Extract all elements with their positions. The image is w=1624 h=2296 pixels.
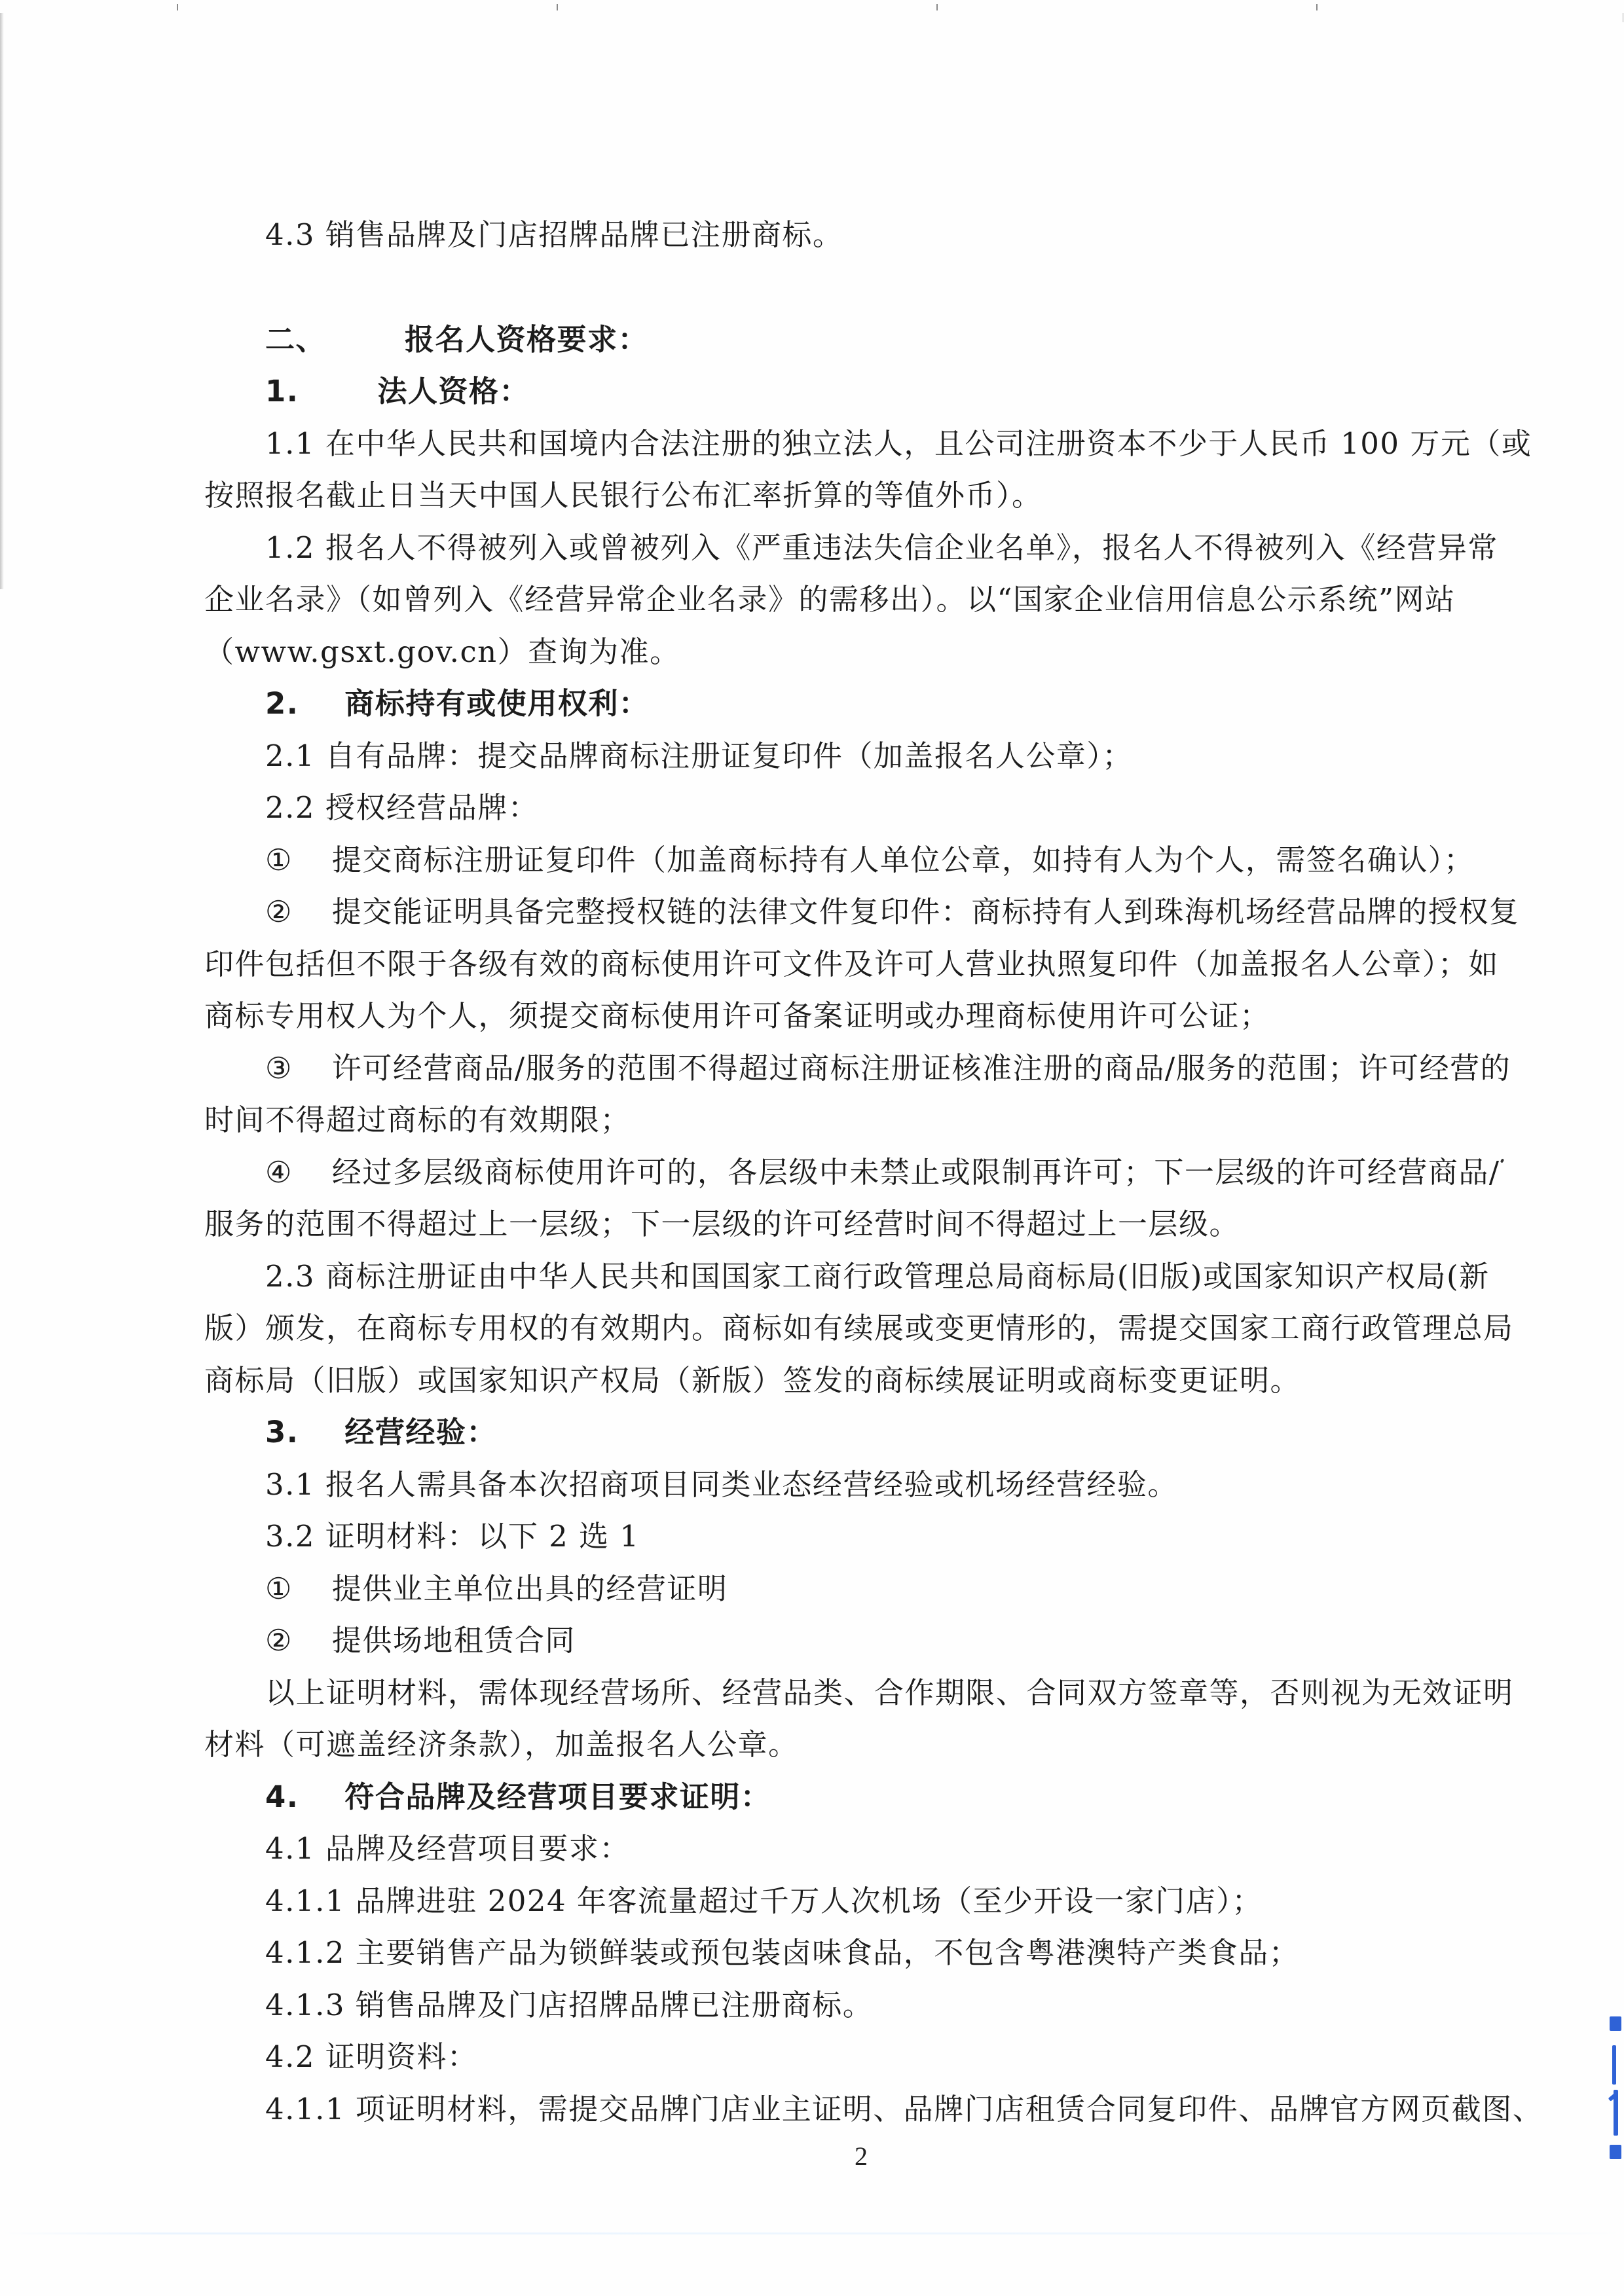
body-text-line: ④经过多层级商标使用许可的，各层级中未禁止或限制再许可；下一层级的许可经营商品/ bbox=[265, 1146, 1442, 1198]
line-text: 报名人资格要求： bbox=[405, 322, 648, 357]
body-text-line: 以上证明材料，需体现经营场所、经营品类、合作期限、合同双方签章等，否则视为无效证… bbox=[265, 1667, 1442, 1719]
body-text-line: 3.2 证明材料：以下 2 选 1 bbox=[265, 1510, 1442, 1562]
body-text-line: ③许可经营商品/服务的范围不得超过商标注册证核准注册的商品/服务的范围；许可经营… bbox=[265, 1042, 1442, 1094]
line-text: 1.1 在中华人民共和国境内合法注册的独立法人，且公司注册资本不少于人民币 10… bbox=[265, 426, 1532, 461]
line-text: 4.1.1 品牌进驻 2024 年客流量超过千万人次机场（至少开设一家门店）； bbox=[265, 1884, 1263, 1918]
line-text: 2.3 商标注册证由中华人民共和国国家工商行政管理总局商标局(旧版)或国家知识产… bbox=[265, 1259, 1490, 1294]
body-text-line: 1.1 在中华人民共和国境内合法注册的独立法人，且公司注册资本不少于人民币 10… bbox=[265, 418, 1442, 469]
body-text-line: 2.1 自有品牌：提交品牌商标注册证复印件（加盖报名人公章）； bbox=[265, 730, 1442, 782]
circled-number-marker: ② bbox=[265, 1614, 293, 1666]
section-heading: 1.法人资格： bbox=[265, 365, 1442, 417]
scan-artifact-band bbox=[0, 2232, 1624, 2234]
section-heading: 4.符合品牌及经营项目要求证明： bbox=[265, 1771, 1442, 1823]
line-text: 时间不得超过商标的有效期限； bbox=[204, 1102, 631, 1137]
line-text: 3.2 证明材料：以下 2 选 1 bbox=[265, 1519, 640, 1554]
body-text-line: （www.gsxt.gov.cn）查询为准。 bbox=[204, 626, 1442, 678]
line-text: 提交商标注册证复印件（加盖商标持有人单位公章，如持有人为个人，需签名确认）； bbox=[332, 843, 1475, 877]
line-text: 材料（可遮盖经济条款），加盖报名人公章。 bbox=[204, 1727, 799, 1762]
list-number-label: 3. bbox=[265, 1406, 299, 1458]
scan-left-edge-shadow bbox=[0, 13, 4, 589]
line-text: 提供业主单位出具的经营证明 bbox=[332, 1571, 728, 1606]
line-text: 提交能证明具备完整授权链的法律文件复印件：商标持有人到珠海机场经营品牌的授权复 bbox=[332, 894, 1520, 929]
line-text: 提供场地租赁合同 bbox=[332, 1623, 576, 1658]
line-text: 4.1.1 项证明材料，需提交品牌门店业主证明、品牌门店租赁合同复印件、品牌官方… bbox=[265, 2092, 1543, 2126]
circled-number-marker: ③ bbox=[265, 1042, 293, 1094]
scan-registration-tick bbox=[936, 4, 938, 10]
line-text: 企业名录》（如曾列入《经营异常企业名录》的需移出）。以“国家企业信用信息公示系统… bbox=[204, 582, 1456, 617]
line-text: 2.2 授权经营品牌： bbox=[265, 790, 538, 825]
circled-number-marker: ① bbox=[265, 1563, 293, 1614]
list-number-label: 2. bbox=[265, 678, 299, 729]
section-heading: 3.经营经验： bbox=[265, 1406, 1442, 1458]
body-text-line: 4.1.1 项证明材料，需提交品牌门店业主证明、品牌门店租赁合同复印件、品牌官方… bbox=[265, 2083, 1442, 2135]
scan-registration-tick bbox=[177, 4, 178, 10]
body-text-line: 3.1 报名人需具备本次招商项目同类业态经营经验或机场经营经验。 bbox=[265, 1459, 1442, 1510]
line-text: 4.2 证明资料： bbox=[265, 2039, 477, 2074]
line-text: 4.1.2 主要销售产品为锁鲜装或预包装卤味食品，不包含粤港澳特产类食品； bbox=[265, 1935, 1299, 1970]
line-text: 3.1 报名人需具备本次招商项目同类业态经营经验或机场经营经验。 bbox=[265, 1467, 1178, 1502]
line-text: 4.1.3 销售品牌及门店招牌品牌已注册商标。 bbox=[265, 1988, 873, 2022]
line-text: 1.2 报名人不得被列入或曾被列入《严重违法失信企业名单》，报名人不得被列入《经… bbox=[265, 530, 1498, 565]
seal-stamp-fragment bbox=[1606, 2016, 1623, 2160]
scan-speck bbox=[1500, 1158, 1504, 1163]
line-text: 商标局（旧版）或国家知识产权局（新版）签发的商标续展证明或商标变更证明。 bbox=[204, 1363, 1301, 1398]
line-text: 商标专用权人为个人，须提交商标使用许可备案证明或办理商标使用许可公证； bbox=[204, 998, 1270, 1033]
body-text-line: 服务的范围不得超过上一层级；下一层级的许可经营时间不得超过上一层级。 bbox=[204, 1198, 1442, 1250]
document-page: 4.3 销售品牌及门店招牌品牌已注册商标。二、报名人资格要求：1.法人资格：1.… bbox=[0, 0, 1624, 2296]
section-heading: 二、报名人资格要求： bbox=[265, 314, 1442, 365]
body-text-line: 企业名录》（如曾列入《经营异常企业名录》的需移出）。以“国家企业信用信息公示系统… bbox=[204, 574, 1442, 625]
body-text-line: 材料（可遮盖经济条款），加盖报名人公章。 bbox=[204, 1719, 1442, 1770]
body-text-line: 版）颁发，在商标专用权的有效期内。商标如有续展或变更情形的，需提交国家工商行政管… bbox=[204, 1302, 1442, 1354]
circled-number-marker: ④ bbox=[265, 1146, 293, 1198]
page-number: 2 bbox=[848, 2141, 874, 2172]
body-text-line: 1.2 报名人不得被列入或曾被列入《严重违法失信企业名单》，报名人不得被列入《经… bbox=[265, 522, 1442, 574]
body-text-line: ②提交能证明具备完整授权链的法律文件复印件：商标持有人到珠海机场经营品牌的授权复 bbox=[265, 886, 1442, 938]
line-text: 以上证明材料，需体现经营场所、经营品类、合作期限、合同双方签章等，否则视为无效证… bbox=[265, 1675, 1514, 1710]
line-text: 经营经验： bbox=[344, 1415, 497, 1449]
scan-edge-mark bbox=[1623, 13, 1623, 22]
line-text: 经过多层级商标使用许可的，各层级中未禁止或限制再许可；下一层级的许可经营商品/ bbox=[332, 1155, 1500, 1190]
body-text-line: 商标局（旧版）或国家知识产权局（新版）签发的商标续展证明或商标变更证明。 bbox=[204, 1355, 1442, 1406]
line-text: 4.1 品牌及经营项目要求： bbox=[265, 1831, 630, 1866]
line-text: 许可经营商品/服务的范围不得超过商标注册证核准注册的商品/服务的范围；许可经营的 bbox=[332, 1051, 1511, 1085]
body-text-line: 时间不得超过商标的有效期限； bbox=[204, 1094, 1442, 1146]
body-text-line: 商标专用权人为个人，须提交商标使用许可备案证明或办理商标使用许可公证； bbox=[204, 990, 1442, 1042]
line-text: 符合品牌及经营项目要求证明： bbox=[344, 1779, 771, 1814]
line-text: 印件包括但不限于各级有效的商标使用许可文件及许可人营业执照复印件（加盖报名人公章… bbox=[204, 947, 1499, 981]
section-heading: 2.商标持有或使用权利： bbox=[265, 678, 1442, 729]
line-text: （www.gsxt.gov.cn）查询为准。 bbox=[204, 634, 680, 669]
body-text-line: 2.2 授权经营品牌： bbox=[265, 782, 1442, 833]
body-text-line: 按照报名截止日当天中国人民银行公布汇率折算的等值外币）。 bbox=[204, 469, 1442, 521]
body-text-line: 4.1.2 主要销售产品为锁鲜装或预包装卤味食品，不包含粤港澳特产类食品； bbox=[265, 1927, 1442, 1978]
body-text-line: 印件包括但不限于各级有效的商标使用许可文件及许可人营业执照复印件（加盖报名人公章… bbox=[204, 938, 1442, 990]
line-text: 4.3 销售品牌及门店招牌品牌已注册商标。 bbox=[265, 217, 843, 252]
list-number-label: 1. bbox=[265, 365, 299, 417]
line-text: 按照报名截止日当天中国人民银行公布汇率折算的等值外币）。 bbox=[204, 478, 1043, 513]
body-text-line: ①提供业主单位出具的经营证明 bbox=[265, 1563, 1442, 1614]
line-text: 版）颁发，在商标专用权的有效期内。商标如有续展或变更情形的，需提交国家工商行政管… bbox=[204, 1311, 1514, 1345]
body-text-line: 4.3 销售品牌及门店招牌品牌已注册商标。 bbox=[265, 209, 1442, 261]
body-text-line: 4.1.3 销售品牌及门店招牌品牌已注册商标。 bbox=[265, 1979, 1442, 2031]
body-text-line: 2.3 商标注册证由中华人民共和国国家工商行政管理总局商标局(旧版)或国家知识产… bbox=[265, 1250, 1442, 1302]
line-text: 商标持有或使用权利： bbox=[344, 686, 649, 721]
list-number-label: 4. bbox=[265, 1771, 299, 1823]
body-text-line: ②提供场地租赁合同 bbox=[265, 1614, 1442, 1666]
list-number-label: 二、 bbox=[265, 314, 326, 365]
circled-number-marker: ② bbox=[265, 886, 293, 938]
body-text-line: 4.2 证明资料： bbox=[265, 2031, 1442, 2083]
line-text: 服务的范围不得超过上一层级；下一层级的许可经营时间不得超过上一层级。 bbox=[204, 1207, 1240, 1241]
scan-registration-tick bbox=[1316, 4, 1318, 10]
body-text-line: 4.1 品牌及经营项目要求： bbox=[265, 1823, 1442, 1874]
body-text-line: 4.1.1 品牌进驻 2024 年客流量超过千万人次机场（至少开设一家门店）； bbox=[265, 1875, 1442, 1927]
circled-number-marker: ① bbox=[265, 834, 293, 886]
line-text: 法人资格： bbox=[377, 374, 530, 409]
scan-registration-tick bbox=[557, 4, 558, 10]
line-text: 2.1 自有品牌：提交品牌商标注册证复印件（加盖报名人公章）； bbox=[265, 738, 1133, 773]
body-text-line: ①提交商标注册证复印件（加盖商标持有人单位公章，如持有人为个人，需签名确认）； bbox=[265, 834, 1442, 886]
